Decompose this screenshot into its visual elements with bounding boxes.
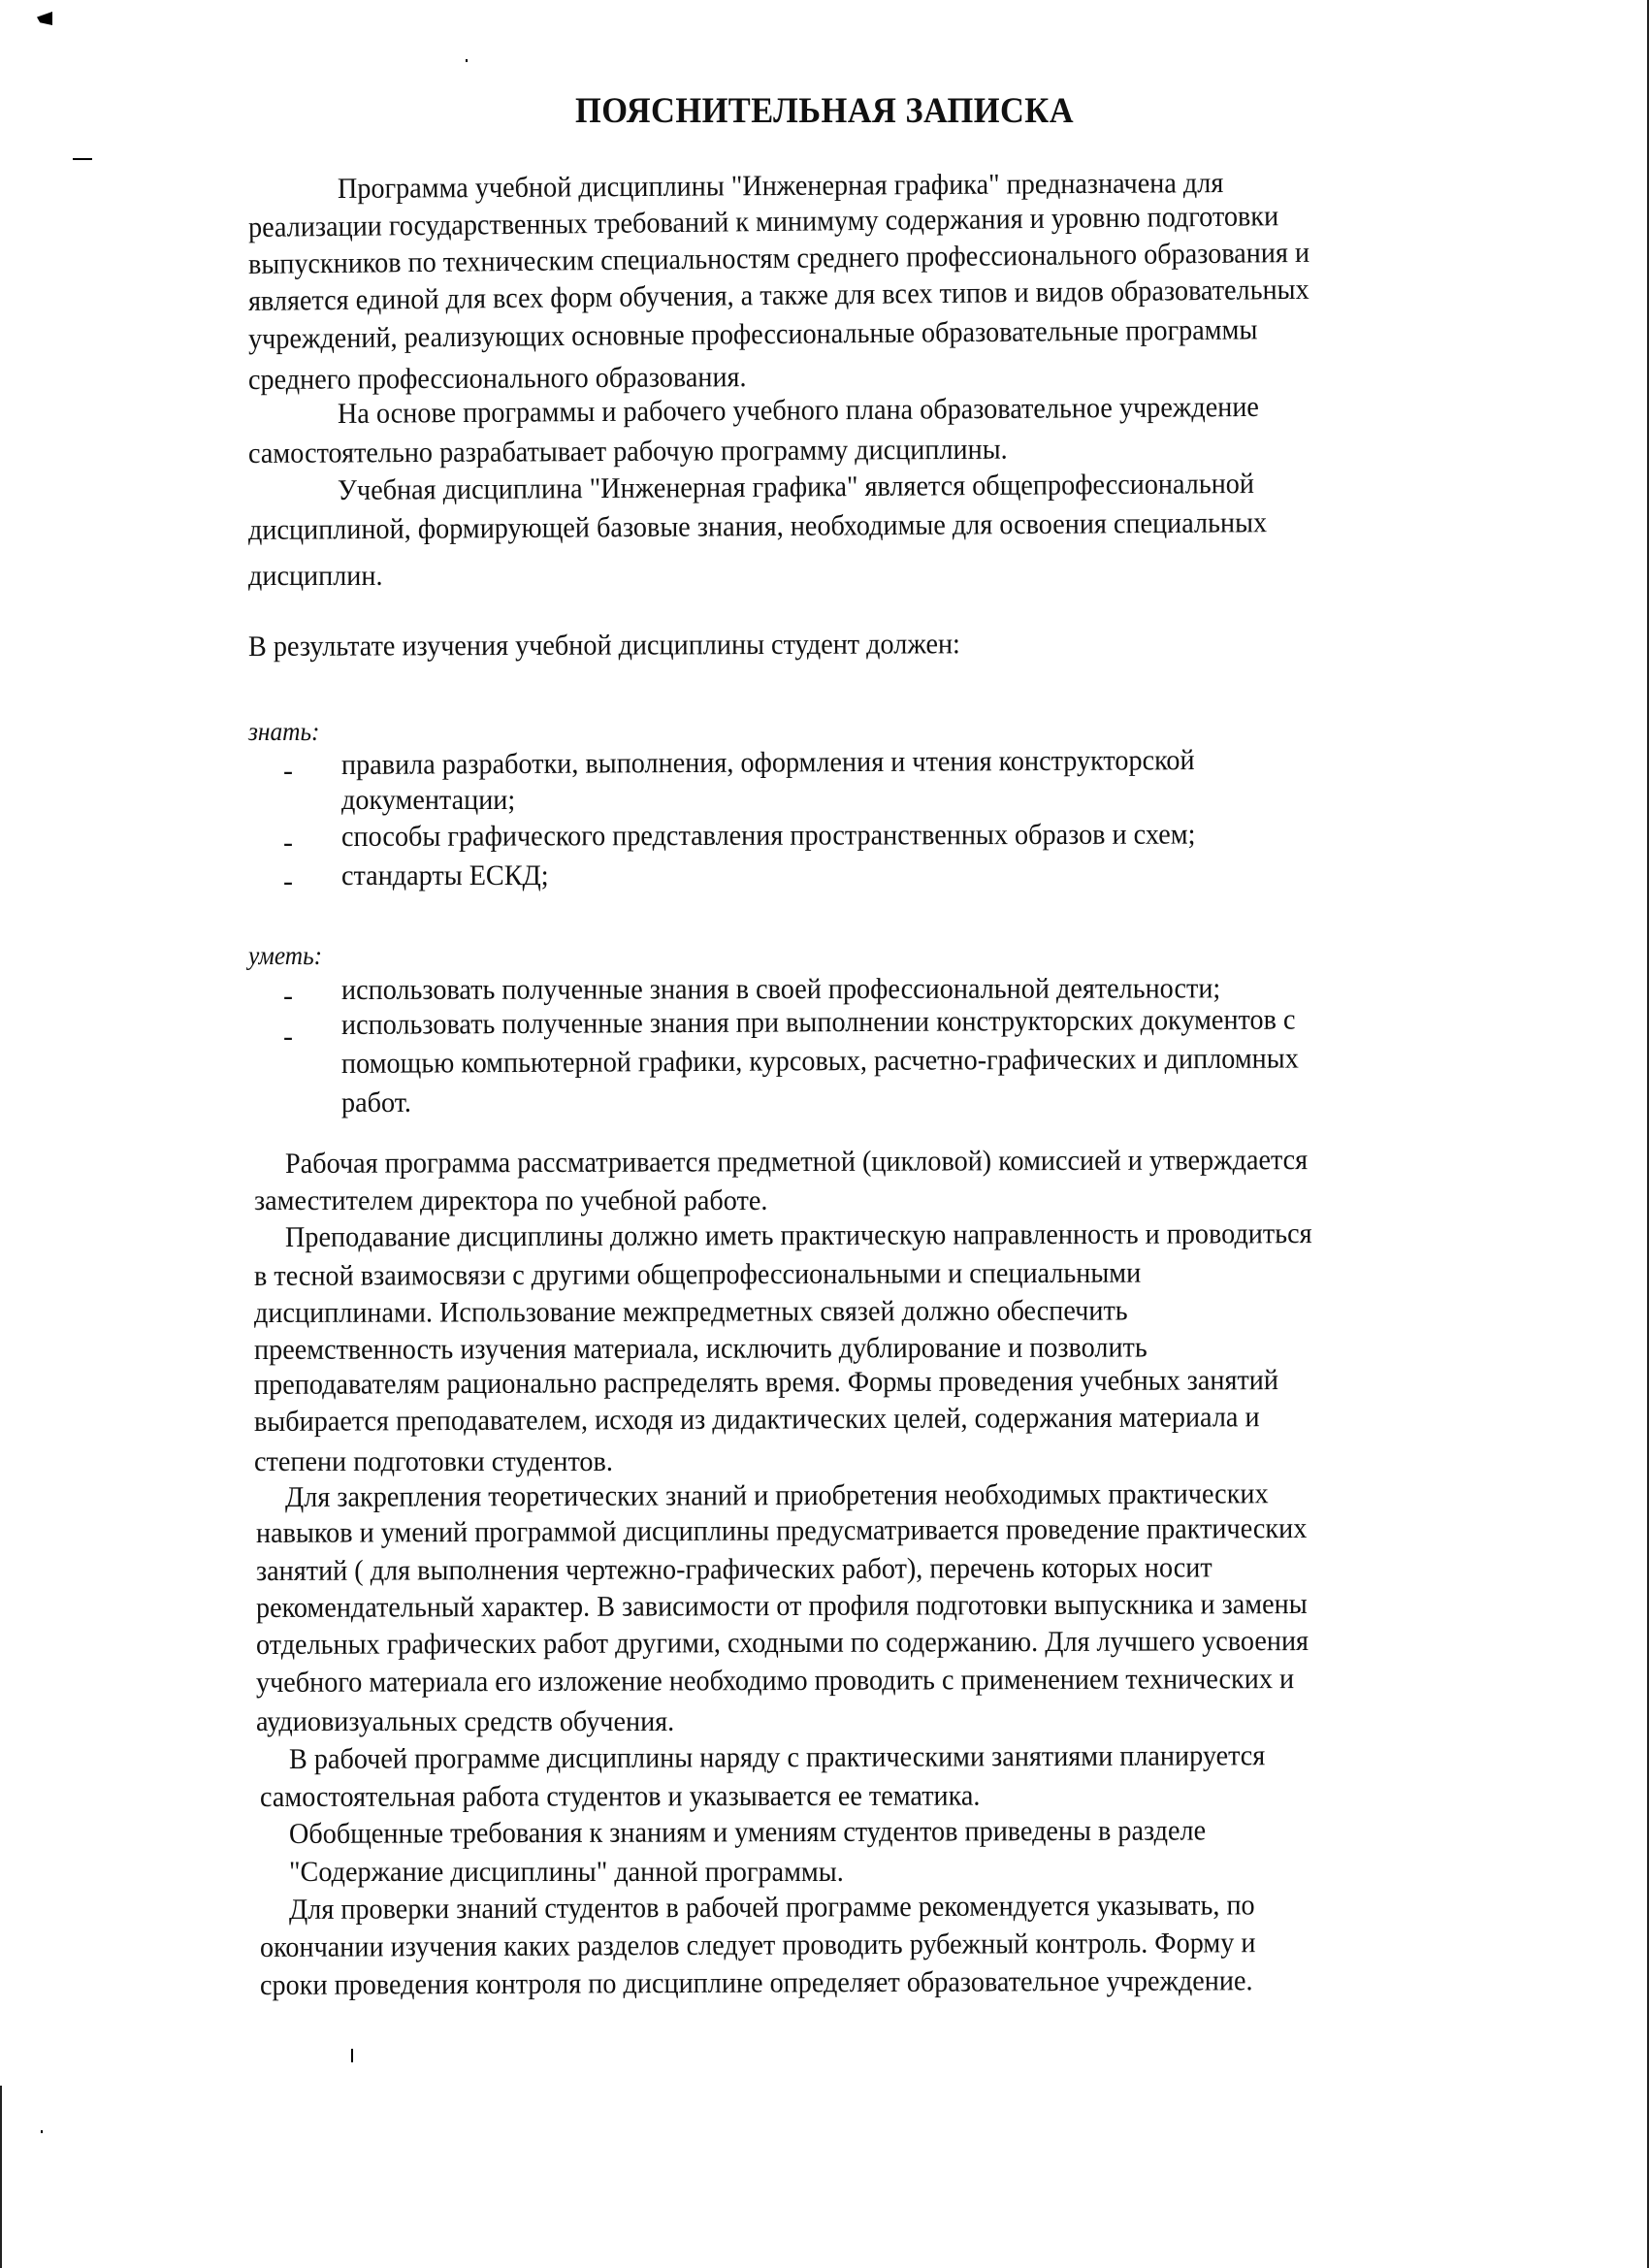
bullet-dash: - <box>283 865 293 898</box>
body-line: Для закрепления теоретических знаний и п… <box>285 1477 1269 1514</box>
scan-speck <box>351 2049 353 2062</box>
intro-line: среднего профессионального образования. <box>248 361 747 397</box>
body-line: сроки проведения контроля по дисциплине … <box>260 1964 1253 2002</box>
scan-speck <box>41 2130 43 2133</box>
can-item: использовать полученные знания при выпол… <box>341 1004 1296 1042</box>
body-line: преподавателям рационально распределять … <box>254 1364 1278 1402</box>
body-line: навыков и умений программой дисциплины п… <box>256 1512 1307 1550</box>
intro-line: дисциплин. <box>248 560 383 593</box>
know-item: способы графического представления прост… <box>341 819 1195 854</box>
scanned-document-page: ПОЯСНИТЕЛЬНАЯ ЗАПИСКА Программа учебной … <box>0 0 1649 2268</box>
body-line: аудиовизуальных средств обучения. <box>256 1705 674 1738</box>
body-line: рекомендательный характер. В зависимости… <box>256 1588 1308 1625</box>
intro-line: Программа учебной дисциплины "Инженерная… <box>338 167 1223 206</box>
body-line: отдельных графических работ другими, схо… <box>256 1625 1309 1662</box>
body-line: преемственность изучения материала, искл… <box>254 1331 1148 1367</box>
body-line: дисциплинами. Использование межпредметны… <box>254 1294 1128 1330</box>
body-line: самостоятельная работа студентов и указы… <box>260 1780 981 1814</box>
know-item: стандарты ЕСКД; <box>341 859 549 892</box>
body-line: в тесной взаимосвязи с другими общепрофе… <box>254 1257 1141 1293</box>
body-line: окончании изучения каких разделов следуе… <box>260 1927 1256 1964</box>
bullet-dash: - <box>283 826 293 859</box>
scan-speck <box>466 59 468 62</box>
body-line: учебного материала его изложение необход… <box>256 1663 1294 1700</box>
intro-line: самостоятельно разрабатывает рабочую про… <box>248 434 1008 470</box>
scan-speck <box>73 158 92 160</box>
intro-line: дисциплиной, формирующей базовые знания,… <box>248 506 1267 547</box>
can-item: работ. <box>341 1086 411 1119</box>
intro-line: Учебная дисциплина "Инженерная графика" … <box>338 468 1254 507</box>
bullet-dash: - <box>283 980 293 1013</box>
bullet-dash: - <box>283 1021 293 1053</box>
body-line: В рабочей программе дисциплины наряду с … <box>289 1739 1265 1776</box>
know-item: правила разработки, выполнения, оформлен… <box>341 744 1195 782</box>
bullet-dash: - <box>283 755 293 788</box>
body-line: Рабочая программа рассматривается предме… <box>285 1144 1308 1181</box>
body-line: Преподавание дисциплины должно иметь пра… <box>285 1217 1312 1254</box>
body-line: заместителем директора по учебной работе… <box>254 1184 767 1217</box>
result-heading: В результате изучения учебной дисциплины… <box>248 628 960 664</box>
can-item: использовать полученные знания в своей п… <box>341 972 1220 1007</box>
body-line: выбирается преподавателем, исходя из дид… <box>254 1401 1260 1439</box>
intro-line: является единой для всех форм обучения, … <box>248 274 1309 318</box>
know-item: документации; <box>341 784 515 817</box>
scan-edge-left <box>0 2086 2 2268</box>
body-line: занятий ( для выполнения чертежно-графич… <box>256 1551 1212 1588</box>
body-line: Для проверки знаний студентов в рабочей … <box>289 1889 1255 1927</box>
intro-line: учреждений, реализующих основные професс… <box>248 313 1258 356</box>
can-label: уметь: <box>248 939 322 972</box>
know-label: знать: <box>248 715 320 748</box>
page-title: ПОЯСНИТЕЛЬНАЯ ЗАПИСКА <box>58 90 1592 132</box>
scan-corner-mark <box>37 12 52 25</box>
body-line: Обобщенные требования к знаниям и умения… <box>289 1814 1206 1851</box>
body-line: степени подготовки студентов. <box>254 1445 613 1478</box>
body-line: "Содержание дисциплины" данной программы… <box>289 1856 844 1889</box>
can-item: помощью компьютерной графики, курсовых, … <box>341 1043 1299 1081</box>
intro-line: На основе программы и рабочего учебного … <box>338 391 1259 431</box>
